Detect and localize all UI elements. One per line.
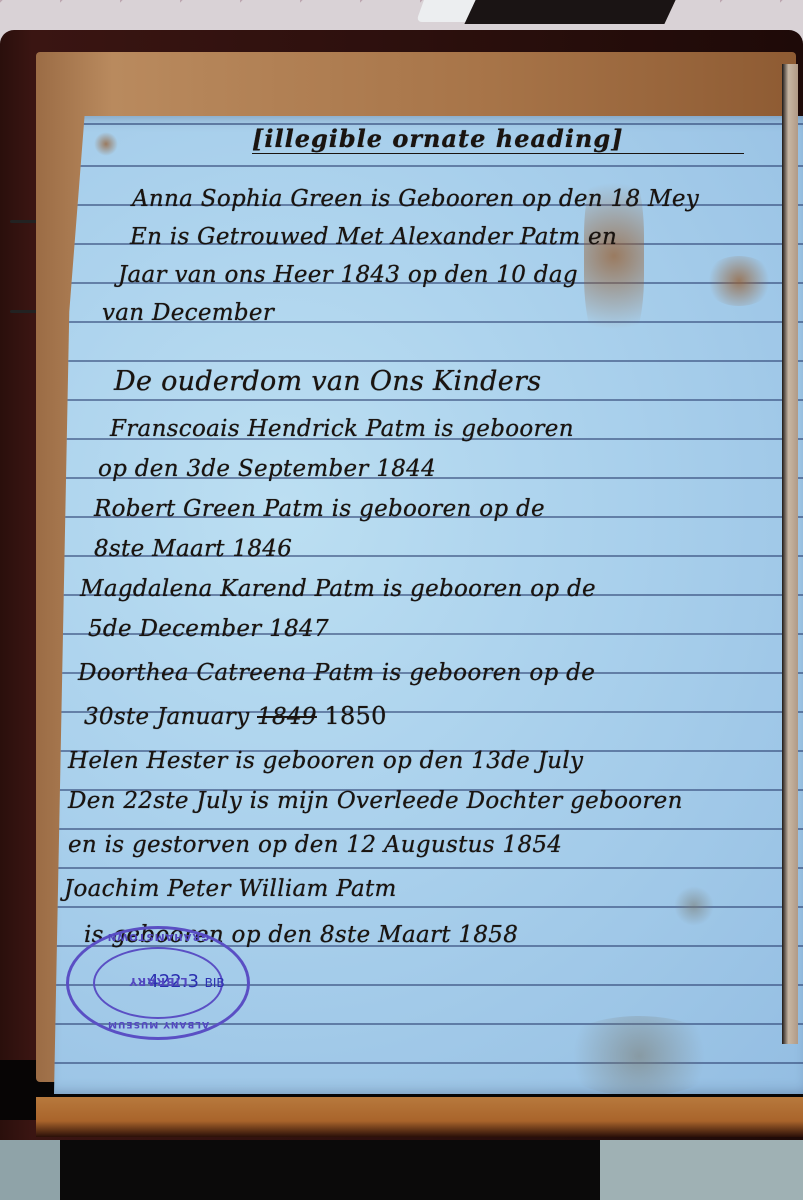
entry-line: 5de December 1847 bbox=[88, 616, 329, 642]
shadow bbox=[464, 0, 675, 24]
page-edge bbox=[782, 64, 798, 1044]
entry-line: En is Getrouwed Met Alexander Patm en bbox=[130, 224, 617, 250]
document-title: [illegible ornate heading] bbox=[252, 124, 744, 154]
date-text: 30ste January bbox=[84, 704, 249, 730]
stamp-outer-bottom-text: ALBANY MUSEUM bbox=[69, 1019, 247, 1029]
entry-line: 30ste January 1849 1850 bbox=[84, 702, 387, 730]
entry-line: Jaar van ons Heer 1843 op den 10 dag bbox=[118, 262, 578, 288]
stain bbox=[704, 256, 774, 306]
entry-line: Magdalena Karend Patm is gebooren op de bbox=[80, 576, 596, 602]
library-stamp: GRAHAMSTOWN 422.3 BIB LIBRARY ALBANY MUS… bbox=[66, 926, 250, 1040]
entry-line: Anna Sophia Green is Gebooren op den 18 … bbox=[132, 186, 699, 212]
entry-line: Robert Green Patm is gebooren op de bbox=[94, 496, 545, 522]
stain bbox=[674, 886, 714, 926]
entry-line: van December bbox=[102, 300, 274, 326]
corrected-year: 1850 bbox=[324, 702, 386, 730]
entry-line: Franscoais Hendrick Patm is gebooren bbox=[110, 416, 574, 442]
struck-year: 1849 bbox=[257, 704, 317, 730]
entry-line: Joachim Peter William Patm bbox=[64, 876, 397, 902]
entry-line: Helen Hester is gebooren op den 13de Jul… bbox=[68, 748, 583, 774]
stamp-inner-text: LIBRARY bbox=[69, 975, 247, 988]
stamp-outer-top-text: GRAHAMSTOWN bbox=[69, 931, 247, 942]
stain bbox=[554, 1016, 724, 1096]
entry-line: Den 22ste July is mijn Overleede Dochter… bbox=[68, 788, 683, 814]
section-heading: De ouderdom van Ons Kinders bbox=[114, 366, 541, 397]
entry-line: Doorthea Catreena Patm is gebooren op de bbox=[78, 660, 595, 686]
board-bottom-edge bbox=[36, 1097, 803, 1137]
entry-line: 8ste Maart 1846 bbox=[94, 536, 292, 562]
entry-line: op den 3de September 1844 bbox=[98, 456, 436, 482]
stain bbox=[94, 132, 118, 156]
entry-line: en is gestorven op den 12 Augustus 1854 bbox=[68, 832, 562, 858]
